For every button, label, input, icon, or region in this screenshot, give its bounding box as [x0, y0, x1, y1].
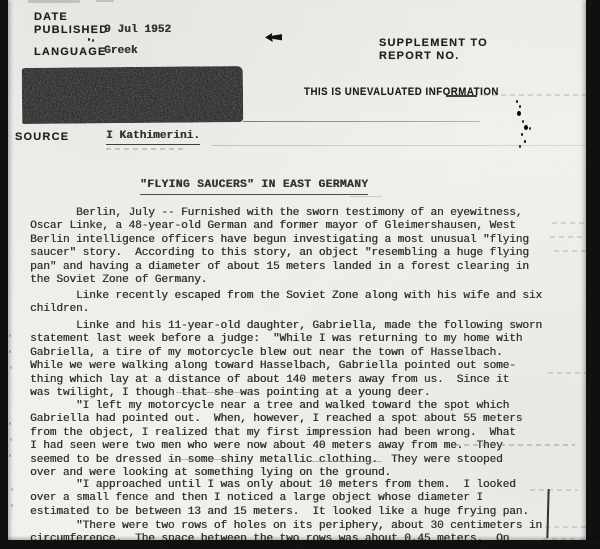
scan-artifact-underline — [168, 459, 226, 460]
source-label: SOURCE — [15, 131, 69, 143]
document-title: "FLYING SAUCERS" IN EAST GERMANY — [140, 179, 368, 195]
redaction-block — [22, 66, 243, 124]
scan-artifact-line — [243, 121, 480, 122]
redaction-noise-texture — [22, 66, 243, 124]
language-label: LANGUAGE — [34, 46, 107, 58]
vertical-ink-stroke — [546, 489, 549, 538]
ink-speck — [88, 38, 90, 41]
ink-speck-cluster — [516, 100, 518, 103]
pages-count-label: NO. OF PAGES 2 — [352, 0, 552, 3]
pages-count-cutoff: NO. OF PAGES 2 — [352, 0, 552, 6]
date-published-value: 9 Jul 1952 — [104, 24, 171, 36]
pages-count-text: NO. OF PAGES — [352, 0, 445, 3]
language-value: Greek — [104, 45, 138, 57]
scan-artifact-underline — [176, 392, 242, 393]
scan-border-right — [586, 0, 600, 549]
date-label-line2: PUBLISHED — [34, 24, 108, 36]
scan-smudge — [96, 0, 114, 2]
margin-speck-column — [9, 334, 11, 337]
scan-border-bottom — [0, 540, 600, 549]
scan-artifact-dashes — [455, 444, 575, 446]
scan-artifact-dashes — [530, 489, 578, 491]
scan-smudge — [28, 0, 80, 3]
scan-artifact-line — [446, 95, 477, 97]
body-paragraph: Linke and his 11-year-old daughter, Gabr… — [30, 320, 542, 400]
body-paragraph: "I approached until I was only about 10 … — [30, 479, 529, 519]
scan-border-left — [0, 0, 8, 549]
scan-artifact-dashes — [483, 94, 591, 96]
source-value: I Kathimerini. — [106, 130, 200, 145]
body-paragraph: Berlin, July -- Furnished with the sworn… — [30, 207, 529, 287]
arrow-ink-mark — [265, 33, 282, 42]
supplement-label-line1: SUPPLEMENT TO — [379, 37, 488, 49]
scan-artifact-line — [350, 196, 382, 197]
scanned-document-page: NO. OF PAGES 2 DATE PUBLISHED 9 Jul 1952… — [0, 0, 600, 549]
pages-count-value: 2 — [462, 0, 469, 3]
date-label-line1: DATE — [34, 11, 68, 23]
scan-artifact-underline — [312, 461, 382, 462]
body-paragraph: "I left my motorcycle near a tree and wa… — [30, 400, 522, 480]
scan-artifact-line — [212, 145, 586, 146]
scan-artifact-dashes — [106, 148, 184, 150]
body-paragraph: Linke recently escaped from the Soviet Z… — [30, 290, 542, 317]
supplement-label-line2: REPORT NO. — [379, 50, 459, 62]
